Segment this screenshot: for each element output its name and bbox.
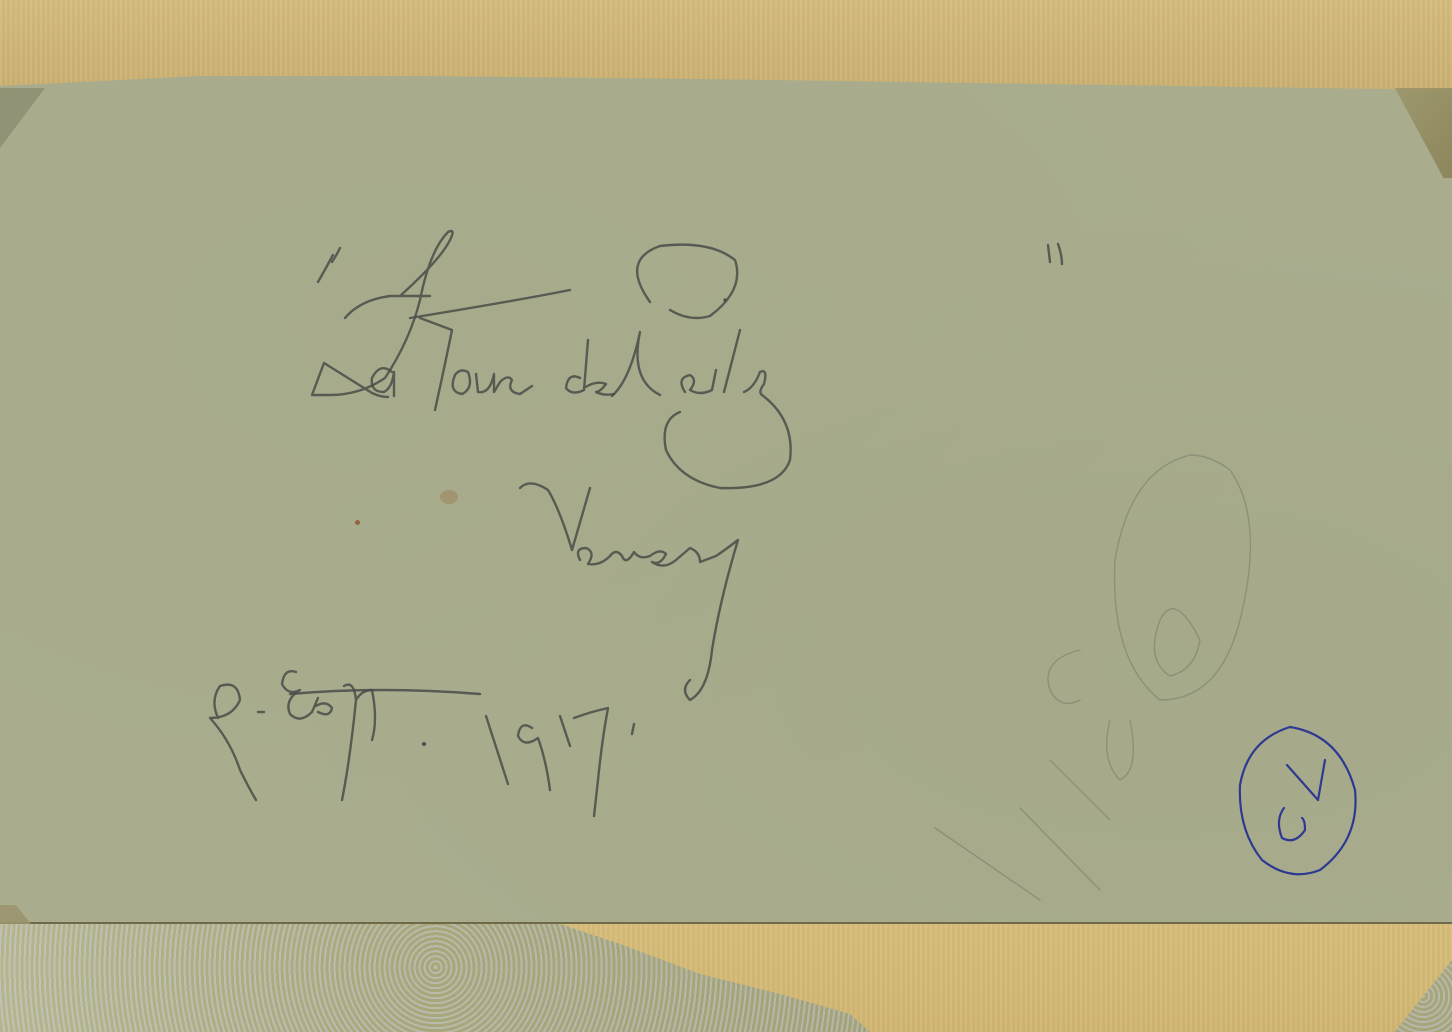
handwritten-signature — [210, 671, 634, 816]
circled-catalog-mark — [1240, 727, 1356, 874]
open-quote-mark — [318, 248, 340, 282]
handwriting-layer — [0, 0, 1452, 1032]
faint-erased-pencil-marks — [935, 455, 1250, 900]
close-quote-mark — [1048, 244, 1062, 264]
handwritten-title — [312, 231, 791, 488]
handwritten-place — [520, 483, 738, 700]
